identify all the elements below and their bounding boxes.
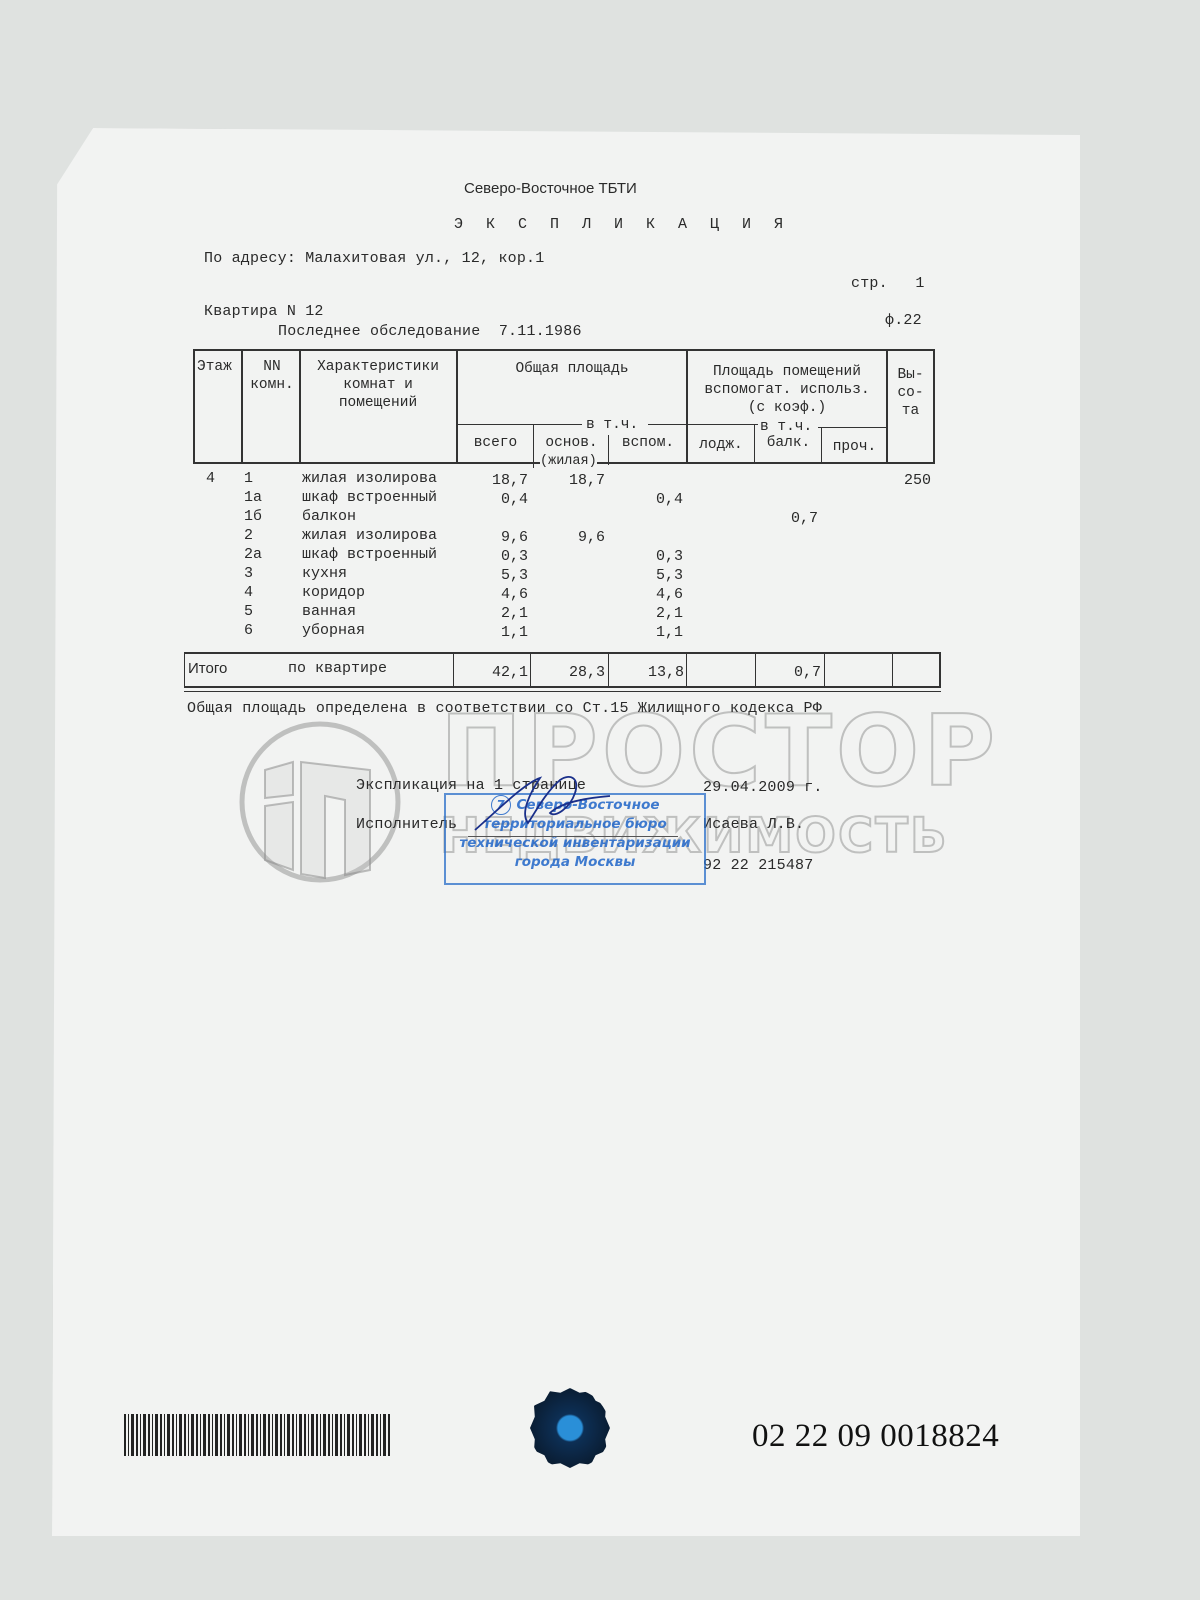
cell-room: 5 (244, 603, 253, 620)
totals-aux: 13,8 (608, 664, 684, 681)
registration-code: 92 22 215487 (703, 857, 813, 874)
header-height: Вы-со-та (888, 366, 933, 420)
page-indicator: стр. 1 (851, 275, 925, 292)
header-aux: вспом. (610, 434, 686, 452)
barcode-icon (124, 1414, 392, 1456)
cell-total: 9,6 (456, 529, 528, 546)
last-survey: Последнее обследование 7.11.1986 (278, 323, 582, 340)
stamp-number: 7 (491, 795, 511, 815)
cell-room: 2 (244, 527, 253, 544)
header-room-no: NNкомн. (246, 358, 298, 394)
header-incl: в т.ч. (584, 416, 640, 434)
cell-room: 6 (244, 622, 253, 639)
cell-balcony: 0,7 (755, 510, 818, 527)
last-survey-date: 7.11.1986 (499, 323, 582, 340)
header-floor: Этаж (197, 358, 232, 376)
header-aux-area: Площадь помещенийвспомогат. использ.(с к… (688, 363, 886, 417)
header-balcony: балк. (756, 434, 821, 452)
cell-room: 1а (244, 489, 262, 506)
page-label: стр. (851, 275, 888, 292)
cell-name: кухня (302, 565, 347, 582)
header-total-area: Общая площадь (458, 360, 686, 378)
cell-name: жилая изолирова (302, 527, 437, 544)
cell-main: 9,6 (530, 529, 605, 546)
header-other: проч. (823, 438, 886, 456)
apartment-number: Квартира N 12 (204, 303, 324, 320)
cell-aux: 5,3 (608, 567, 683, 584)
pages-count: Экспликация на 1 странице (356, 777, 586, 794)
document-title: Э К С П Л И К А Ц И Я (454, 216, 790, 233)
totals-total: 42,1 (453, 664, 528, 681)
bti-stamp: 7Северо-Восточное территориальное бюро т… (444, 793, 706, 885)
totals-balcony: 0,7 (755, 664, 821, 681)
organization-name: Северо-Восточное ТБТИ (464, 180, 637, 197)
cell-room: 1 (244, 470, 253, 487)
totals-main: 28,3 (530, 664, 605, 681)
cell-aux: 0,4 (608, 491, 683, 508)
totals-label: Итого (188, 660, 227, 677)
cell-name: шкаф встроенный (302, 489, 437, 506)
executor-name: Исаева Л.В. (703, 816, 804, 833)
cell-room: 3 (244, 565, 253, 582)
cell-aux: 4,6 (608, 586, 683, 603)
cell-room: 4 (244, 584, 253, 601)
page-number: 1 (915, 275, 924, 292)
cell-total: 5,3 (456, 567, 528, 584)
cell-total: 4,6 (456, 586, 528, 603)
serial-number: 02 22 09 0018824 (752, 1418, 999, 1455)
cell-floor: 4 (206, 470, 215, 487)
cell-total: 18,7 (456, 472, 528, 489)
cell-total: 0,4 (456, 491, 528, 508)
address-label: По адресу: (204, 250, 296, 267)
issue-date: 29.04.2009 г. (703, 779, 823, 796)
cell-aux: 1,1 (608, 624, 683, 641)
cell-main: 18,7 (530, 472, 605, 489)
cell-name: шкаф встроенный (302, 546, 437, 563)
header-loggia: лодж. (688, 436, 754, 454)
form-number: ф.22 (885, 312, 922, 329)
cell-total: 2,1 (456, 605, 528, 622)
cell-name: балкон (302, 508, 356, 525)
executor-label: Исполнитель (356, 816, 457, 833)
cell-room: 2а (244, 546, 262, 563)
address-value: Малахитовая ул., 12, кор.1 (305, 250, 544, 267)
cell-name: уборная (302, 622, 365, 639)
address-line: По адресу: Малахитовая ул., 12, кор.1 (204, 250, 544, 267)
header-main: основ. (535, 434, 608, 452)
header-main-sub: (жилая) (540, 453, 597, 471)
cell-total: 1,1 (456, 624, 528, 641)
cell-aux: 2,1 (608, 605, 683, 622)
cell-aux: 0,3 (608, 548, 683, 565)
cell-height: 250 (888, 472, 931, 489)
cell-name: жилая изолирова (302, 470, 437, 487)
header-total: всего (458, 434, 533, 452)
cell-total: 0,3 (456, 548, 528, 565)
cell-name: ванная (302, 603, 356, 620)
totals-label2: по квартире (288, 660, 387, 677)
area-note: Общая площадь определена в соответствии … (187, 700, 822, 717)
cell-room: 1б (244, 508, 262, 525)
last-survey-label: Последнее обследование (278, 323, 480, 340)
header-characteristics: Характеристикикомнат ипомещений (302, 358, 454, 412)
cell-name: коридор (302, 584, 365, 601)
